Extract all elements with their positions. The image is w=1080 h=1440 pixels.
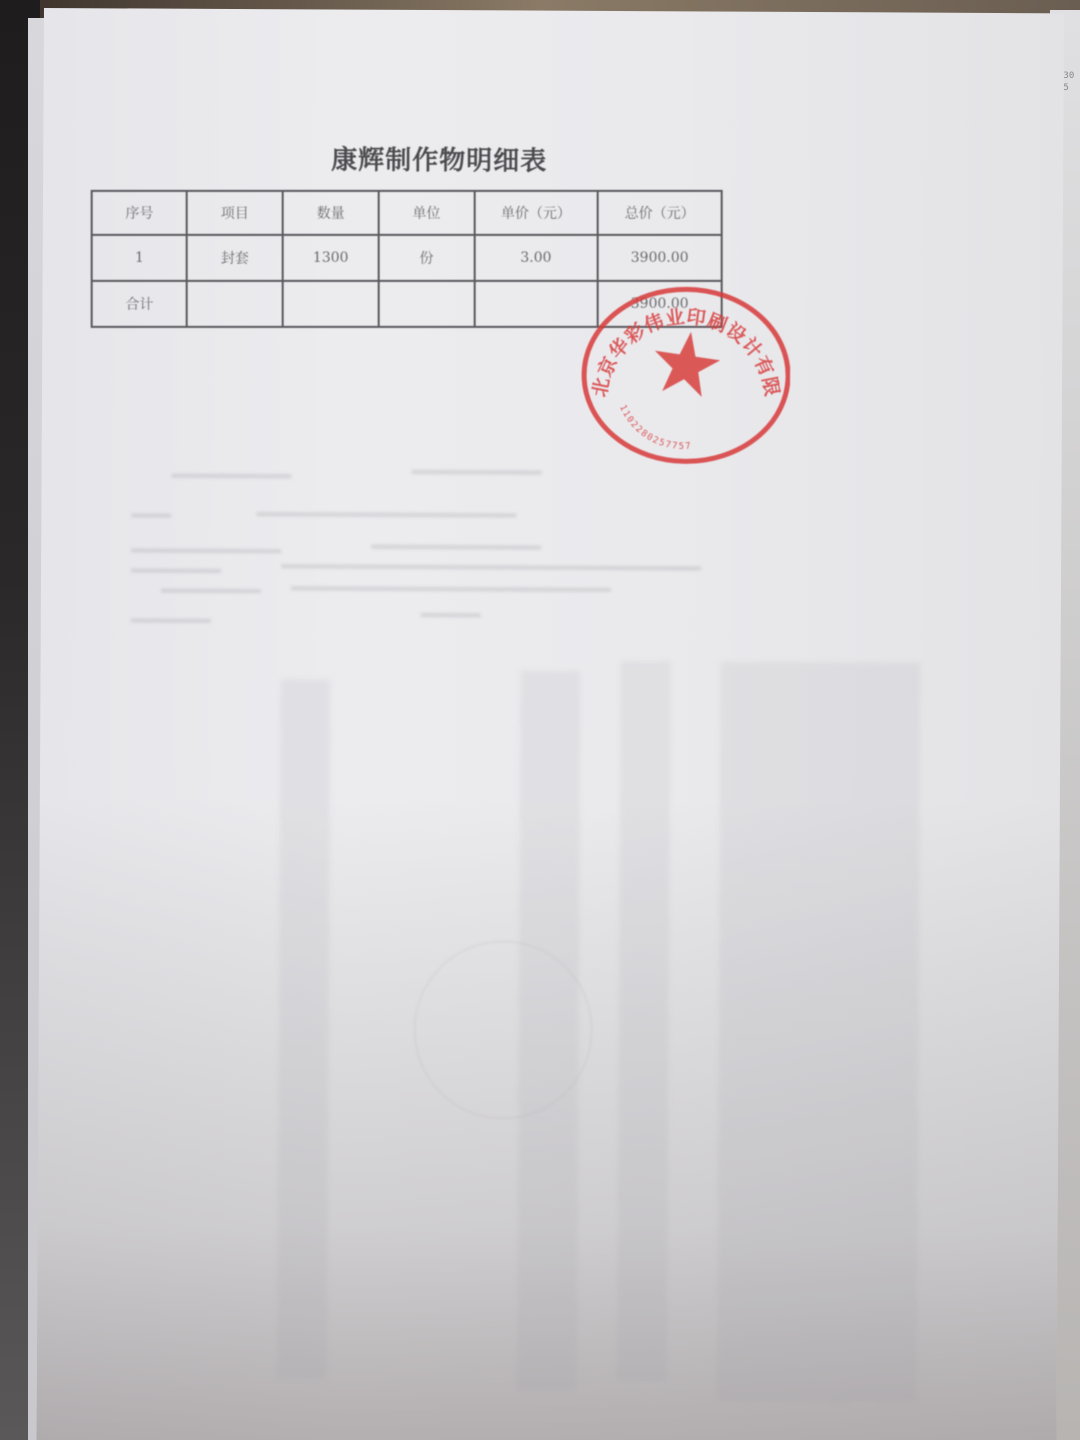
- seal-company-name: 北京华彩伟业印刷设计有限公司: [576, 283, 784, 400]
- table-row: 1 封套 1300 份 3.00 3900.00: [92, 235, 722, 281]
- header-quantity: 数量: [283, 191, 379, 235]
- cell-quantity: 1300: [283, 235, 379, 281]
- cell-item: 封套: [187, 235, 282, 281]
- document-page: 康辉制作物明细表 序号 项目 数量 单位 单价（元） 总价（元） 1 封套 13…: [37, 8, 1064, 1440]
- cell-serial-number: 1: [92, 235, 187, 281]
- header-item: 项目: [187, 191, 282, 235]
- cell-total-price: 3900.00: [598, 235, 722, 281]
- header-serial-number: 序号: [92, 191, 187, 235]
- header-unit: 单位: [379, 191, 474, 235]
- total-empty-cell: [187, 281, 282, 327]
- header-total-price: 总价（元）: [598, 191, 722, 235]
- total-empty-cell: [283, 281, 379, 327]
- total-empty-cell: [379, 281, 474, 327]
- cell-unit-price: 3.00: [474, 235, 597, 281]
- company-seal: 北京华彩伟业印刷设计有限公司 1102280257757: [576, 283, 791, 474]
- document-title: 康辉制作物明细表: [289, 139, 589, 178]
- cell-unit: 份: [379, 235, 474, 281]
- header-unit-price: 单价（元）: [474, 191, 597, 235]
- table-header-row: 序号 项目 数量 单位 单价（元） 总价（元）: [92, 191, 722, 235]
- total-label: 合计: [92, 281, 187, 327]
- star-icon: [649, 327, 723, 399]
